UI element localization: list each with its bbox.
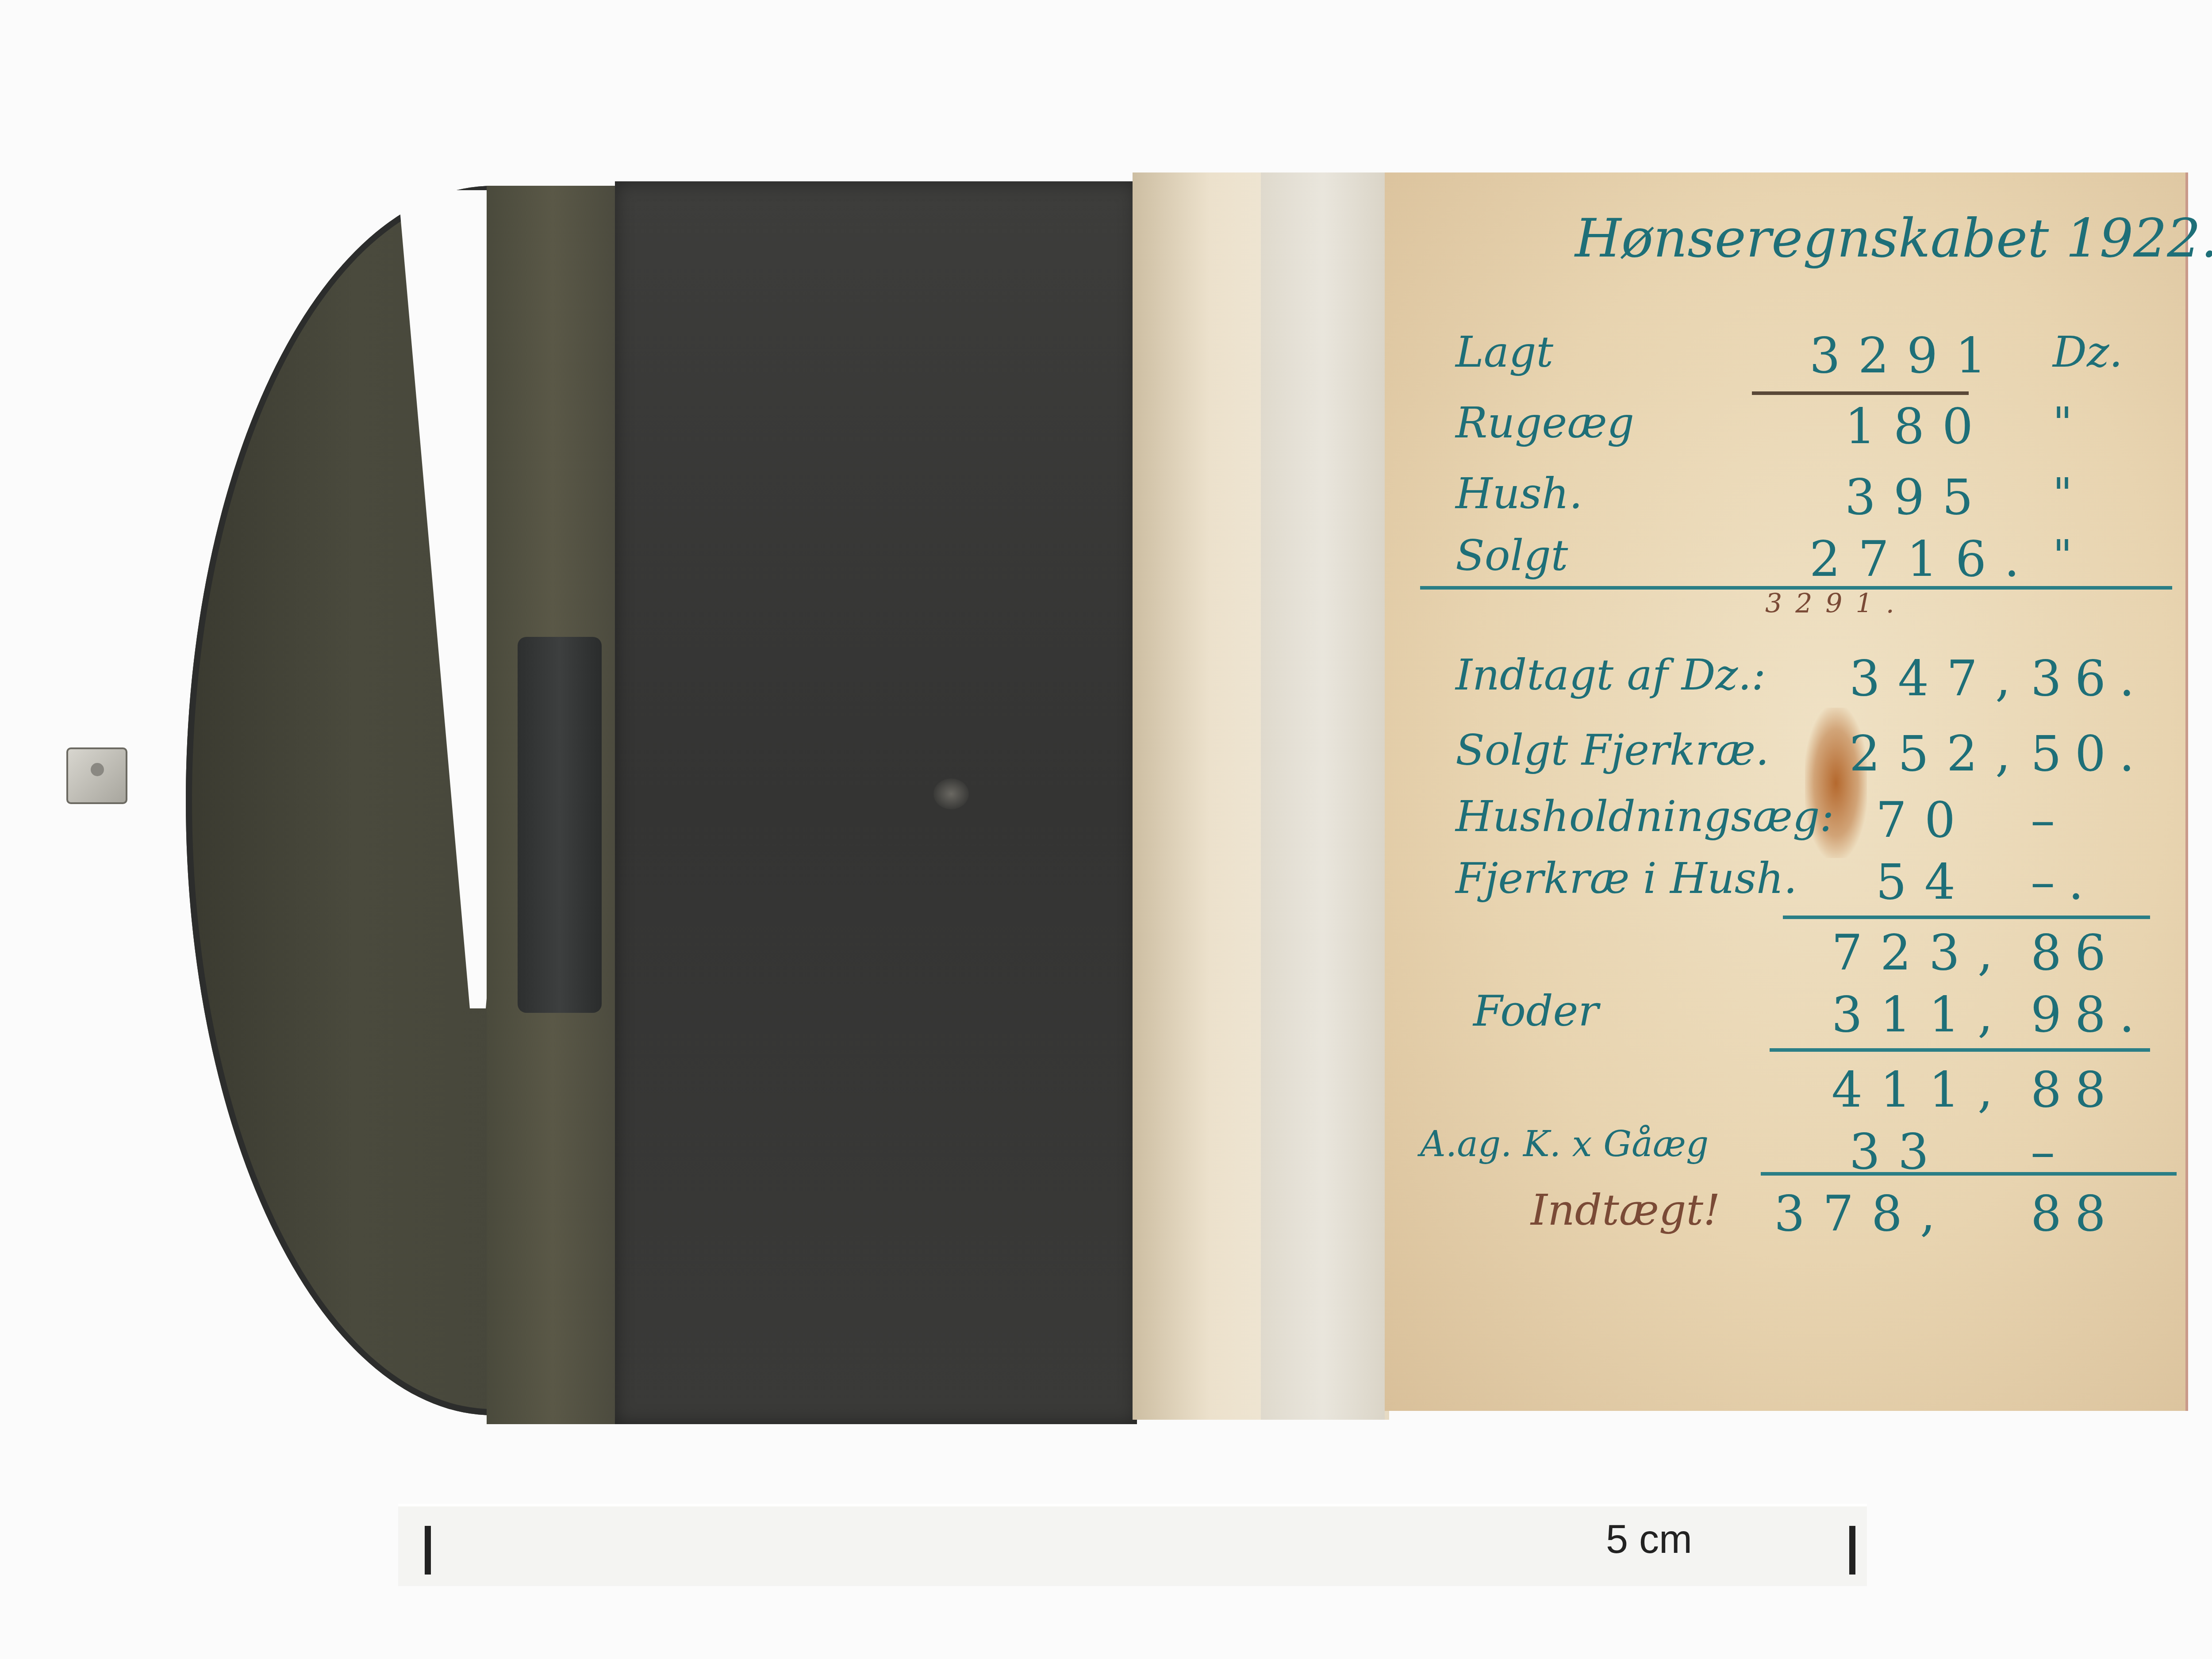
egg-label: Solgt: [1455, 531, 1568, 580]
scale-label: 5 cm: [1606, 1517, 1692, 1563]
egg-value: 180: [1845, 398, 1991, 455]
egg-unit: Dz.: [2053, 327, 2123, 377]
egg-row: Rugeæg 180 ": [1455, 398, 2163, 464]
cover-dent: [933, 778, 969, 809]
subtotal-ore: 86: [2031, 924, 2119, 981]
income-ore: 36.: [2031, 650, 2148, 707]
income-kr: 347,: [1849, 650, 2028, 707]
deduction-ore: –: [2031, 1123, 2068, 1180]
income-label: Solgt Fjerkræ.: [1455, 725, 1769, 775]
income-label: Indtagt af Dz.:: [1455, 650, 1766, 700]
underline-rule: [1752, 391, 1969, 395]
deduction-label: A.ag. K. x Gåæg: [1420, 1123, 1709, 1165]
feed-ore: 98.: [2031, 986, 2148, 1043]
net-kr: 411,: [1832, 1061, 2011, 1118]
egg-label: Hush.: [1455, 469, 1582, 518]
sum-rule: [1770, 1048, 2150, 1052]
final-ore: 88: [2031, 1185, 2119, 1242]
egg-unit: ": [2053, 469, 2072, 518]
egg-value: 395: [1845, 469, 1991, 525]
egg-row: Hush. 395 ": [1455, 469, 2163, 535]
scale-tick-left: [425, 1526, 431, 1575]
inner-cover-board: [615, 181, 1137, 1424]
income-label: Fjerkræ i Hush.: [1455, 854, 1797, 903]
income-ore: 50.: [2031, 725, 2148, 782]
income-row: Fjerkræ i Hush. 54 –.: [1455, 854, 2163, 920]
income-kr: 252,: [1849, 725, 2028, 782]
income-ore: –: [2031, 792, 2068, 848]
net-row: 411, 88: [1455, 1061, 2163, 1128]
income-row: Husholdningsæg: 70 –: [1455, 792, 2163, 858]
feed-kr: 311,: [1832, 986, 2011, 1043]
sum-rule: [1783, 916, 2150, 919]
egg-value: 2716.: [1809, 531, 2037, 587]
subtotal-row: 723, 86: [1455, 924, 2163, 991]
scale-tick-right: [1849, 1526, 1855, 1575]
binding-tape: [1261, 172, 1385, 1420]
egg-unit: ": [2053, 531, 2072, 580]
egg-check-sum: 3291.: [1765, 588, 1908, 619]
net-ore: 88: [2031, 1061, 2119, 1118]
income-label: Husholdningsæg:: [1455, 792, 1834, 841]
final-label: Indtægt!: [1531, 1185, 1720, 1235]
deduction-kr: 33: [1849, 1123, 1947, 1180]
egg-row: Lagt 3291 Dz.: [1455, 327, 2163, 394]
feed-label: Foder: [1473, 986, 1598, 1036]
egg-label: Lagt: [1455, 327, 1553, 377]
income-row: Indtagt af Dz.: 347, 36.: [1455, 650, 2163, 716]
egg-value: 3291: [1809, 327, 2004, 384]
egg-label: Rugeæg: [1455, 398, 1634, 448]
income-kr: 54: [1876, 854, 1973, 910]
final-row: Indtægt! 378, 88: [1455, 1185, 2163, 1252]
feed-row: Foder 311, 98.: [1455, 986, 2163, 1053]
ledger-title: Hønseregnskabet 1922.: [1575, 208, 2212, 269]
pen-loop: [518, 637, 602, 1013]
egg-unit: ": [2053, 398, 2072, 448]
income-row: Solgt Fjerkræ. 252, 50.: [1455, 725, 2163, 792]
income-ore: –.: [2031, 854, 2097, 910]
final-kr: 378,: [1774, 1185, 1953, 1242]
clasp-stud: [91, 763, 104, 776]
income-kr: 70: [1876, 792, 1973, 848]
subtotal-kr: 723,: [1832, 924, 2011, 981]
deduction-row: A.ag. K. x Gåæg 33 –: [1455, 1123, 2163, 1190]
sum-rule: [1761, 1172, 2177, 1176]
